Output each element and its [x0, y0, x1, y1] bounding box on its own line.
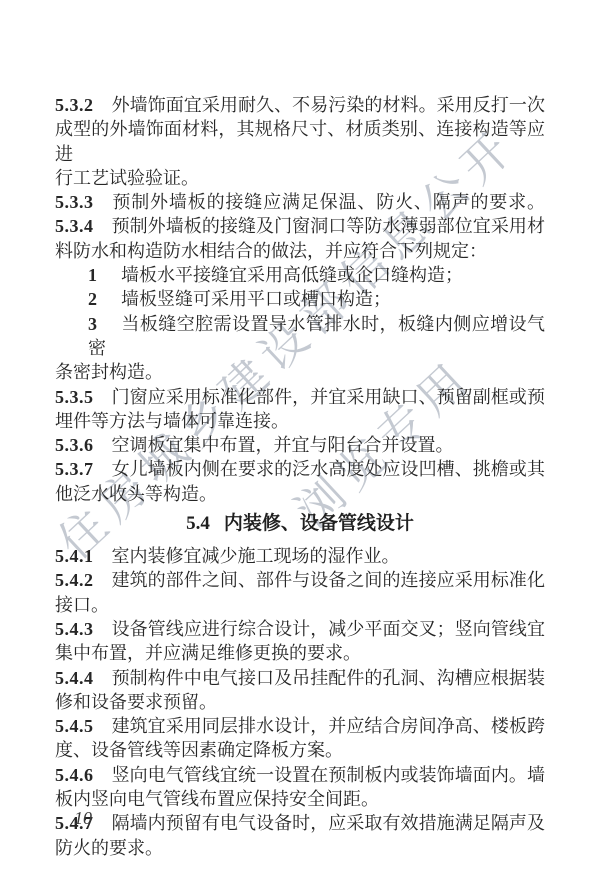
clause-text: 成型的外墙饰面材料，其规格尺寸、材质类别、连接构造等应进 [55, 119, 545, 163]
clause-number: 5.4.4 [55, 668, 94, 688]
clause-line: 5.4.7隔墙内预留有电气设备时，应采取有效措施满足隔声及 [55, 811, 545, 835]
clause-line: 5.4.5建筑宜采用同层排水设计，并应结合房间净高、楼板跨 [55, 714, 545, 738]
document-page: 住房城乡建设部信息公开 浏览专用 5.3.2外墙饰面宜采用耐久、不易污染的材料。… [0, 0, 600, 869]
continuation-line: 行工艺试验验证。 [55, 166, 545, 190]
clause-text: 他泛水收头等构造。 [55, 484, 217, 504]
clause-line: 5.3.2外墙饰面宜采用耐久、不易污染的材料。采用反打一次 [55, 93, 545, 117]
continuation-line: 成型的外墙饰面材料，其规格尺寸、材质类别、连接构造等应进 [55, 117, 545, 166]
list-item-text: 当板缝空腔需设置导水管排水时，板缝内侧应增设气密 [88, 314, 545, 358]
clause-number: 5.3.2 [55, 95, 94, 115]
clause-line: 5.3.6空调板宜集中布置，并宜与阳台合并设置。 [55, 433, 545, 457]
document-body: 5.3.2外墙饰面宜采用耐久、不易污染的材料。采用反打一次 成型的外墙饰面材料，… [55, 93, 545, 860]
list-item-number: 2 [88, 289, 97, 309]
clause-line: 5.4.6竖向电气管线宜统一设置在预制板内或装饰墙面内。墙 [55, 763, 545, 787]
clause-number: 5.4.5 [55, 716, 94, 736]
list-item-line: 2墙板竖缝可采用平口或槽口构造； [55, 287, 545, 311]
clause-text: 防火的要求。 [55, 838, 163, 858]
clause-line: 5.3.7女儿墙板内侧在要求的泛水高度处应设凹槽、挑檐或其 [55, 457, 545, 481]
clause-number: 5.3.4 [55, 216, 94, 236]
continuation-line: 修和设备要求预留。 [55, 690, 545, 714]
clause-text: 埋件等方法与墙体可靠连接。 [55, 411, 289, 431]
list-item-number: 3 [88, 314, 97, 334]
clause-text: 行工艺试验验证。 [55, 168, 199, 188]
clause-text: 料防水和构造防水相结合的做法，并应符合下列规定： [55, 241, 487, 261]
continuation-line: 防火的要求。 [55, 836, 545, 860]
clause-text: 设备管线应进行综合设计，减少平面交叉；竖向管线宜 [112, 619, 546, 639]
clause-text: 集中布置，并应满足维修更换的要求。 [55, 643, 361, 663]
clause-text: 板内竖向电气管线布置应保持安全间距。 [55, 789, 379, 809]
list-item-text: 墙板竖缝可采用平口或槽口构造； [121, 289, 391, 309]
clause-number: 5.3.7 [55, 459, 94, 479]
clause-text: 室内装修宜减少施工现场的湿作业。 [112, 546, 400, 566]
section-number: 5.4 [186, 513, 210, 534]
clause-line: 5.4.1室内装修宜减少施工现场的湿作业。 [55, 544, 545, 568]
continuation-line: 埋件等方法与墙体可靠连接。 [55, 409, 545, 433]
continuation-line: 度、设备管线等因素确定降板方案。 [55, 738, 545, 762]
clause-text: 外墙饰面宜采用耐久、不易污染的材料。采用反打一次 [112, 95, 546, 115]
clause-text: 预制外墙板的接缝应满足保温、防火、隔声的要求。 [112, 192, 546, 212]
clause-number: 5.4.2 [55, 570, 94, 590]
list-item-number: 1 [88, 265, 97, 285]
clause-text: 空调板宜集中布置，并宜与阳台合并设置。 [112, 435, 454, 455]
clause-line: 5.3.3预制外墙板的接缝应满足保温、防火、隔声的要求。 [55, 190, 545, 214]
clause-number: 5.4.3 [55, 619, 94, 639]
clause-number: 5.4.1 [55, 546, 94, 566]
clause-number: 5.4.6 [55, 765, 94, 785]
clause-text: 度、设备管线等因素确定降板方案。 [55, 740, 343, 760]
page-number: 10 [74, 808, 92, 829]
clause-text: 预制构件中电气接口及吊挂配件的孔洞、沟槽应根据装 [112, 668, 546, 688]
clause-number: 5.3.3 [55, 192, 94, 212]
clause-text: 修和设备要求预留。 [55, 692, 217, 712]
clause-line: 5.4.3设备管线应进行综合设计，减少平面交叉；竖向管线宜 [55, 617, 545, 641]
clause-text: 竖向电气管线宜统一设置在预制板内或装饰墙面内。墙 [112, 765, 546, 785]
clause-text: 预制外墙板的接缝及门窗洞口等防水薄弱部位宜采用材 [112, 216, 546, 236]
clause-text: 条密封构造。 [55, 362, 163, 382]
continuation-line: 他泛水收头等构造。 [55, 482, 545, 506]
list-item-line: 1墙板水平接缝宜采用高低缝或企口缝构造； [55, 263, 545, 287]
clause-text: 门窗应采用标准化部件，并宜采用缺口、预留副框或预 [112, 387, 546, 407]
clause-text: 隔墙内预留有电气设备时，应采取有效措施满足隔声及 [112, 813, 546, 833]
clause-line: 5.4.2建筑的部件之间、部件与设备之间的连接应采用标准化 [55, 568, 545, 592]
clause-number: 5.3.6 [55, 435, 94, 455]
clause-text: 接口。 [55, 595, 109, 615]
clause-line: 5.4.4预制构件中电气接口及吊挂配件的孔洞、沟槽应根据装 [55, 666, 545, 690]
clause-text: 女儿墙板内侧在要求的泛水高度处应设凹槽、挑檐或其 [112, 459, 546, 479]
continuation-line: 集中布置，并应满足维修更换的要求。 [55, 641, 545, 665]
clause-number: 5.3.5 [55, 387, 94, 407]
continuation-line: 料防水和构造防水相结合的做法，并应符合下列规定： [55, 239, 545, 263]
clause-text: 建筑宜采用同层排水设计，并应结合房间净高、楼板跨 [112, 716, 546, 736]
clause-line: 5.3.5门窗应采用标准化部件，并宜采用缺口、预留副框或预 [55, 385, 545, 409]
continuation-line: 条密封构造。 [55, 360, 545, 384]
continuation-line: 接口。 [55, 593, 545, 617]
section-title: 内装修、设备管线设计 [224, 513, 414, 534]
continuation-line: 板内竖向电气管线布置应保持安全间距。 [55, 787, 545, 811]
clause-line: 5.3.4预制外墙板的接缝及门窗洞口等防水薄弱部位宜采用材 [55, 214, 545, 238]
list-item-text: 墙板水平接缝宜采用高低缝或企口缝构造； [121, 265, 463, 285]
clause-text: 建筑的部件之间、部件与设备之间的连接应采用标准化 [112, 570, 546, 590]
list-item-line: 3当板缝空腔需设置导水管排水时，板缝内侧应增设气密 [55, 312, 545, 361]
section-heading: 5.4内装修、设备管线设计 [55, 512, 545, 536]
